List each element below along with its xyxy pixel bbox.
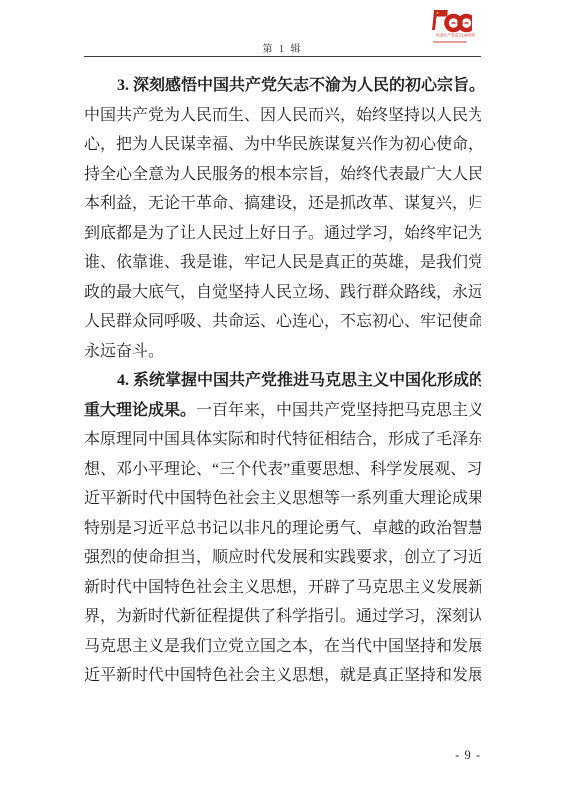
text-line: 谁、依靠谁、我是谁，牢记人民是真正的英雄，是我们党执 [84,248,481,278]
para3-heading-line: 3. 深刻感悟中国共产党矢志不渝为人民的初心宗旨。 [84,71,481,101]
logo-subtext: 中国共产党成立100周年 [436,34,465,38]
text-line: 新时代中国特色社会主义思想，开辟了马克思主义发展新境 [84,573,481,603]
text-line: 特别是习近平总书记以非凡的理论勇气、卓越的政治智慧、 [84,514,481,544]
text-line: 界，为新时代新征程提供了科学指引。通过学习，深刻认识 [84,602,481,632]
text-line: 近平新时代中国特色社会主义思想，就是真正坚持和发展马 [84,661,481,691]
page-number: - 9 - [84,748,481,763]
text-line: 本利益，无论干革命、搞建设，还是抓改革、谋复兴，归根 [84,189,481,219]
document-page: 第 1 辑 中国共产党成立100周年 3. 深刻感悟中国共产党矢志不渝为人民的初… [0,0,565,800]
text-line: 本原理同中国具体实际和时代特征相结合，形成了毛泽东思 [84,425,481,455]
para4-heading-line: 4. 系统掌握中国共产党推进马克思主义中国化形成的 [84,366,481,396]
logo-subtext-line2 [433,41,467,43]
text-line: 人民群众同呼吸、共命运、心连心，不忘初心、牢记使命、 [84,307,481,337]
text-line: 强烈的使命担当，顺应时代发展和实践要求，创立了习近平 [84,543,481,573]
cpc-100-logo: 中国共产党成立100周年 [427,9,473,43]
body-text: 3. 深刻感悟中国共产党矢志不渝为人民的初心宗旨。 中国共产党为人民而生、因人民… [84,71,481,691]
text-line: 马克思主义是我们立党立国之本，在当代中国坚持和发展习 [84,632,481,662]
text-line: 心，把为人民谋幸福、为中华民族谋复兴作为初心使命，坚 [84,130,481,160]
cpc-100-logo-icon [428,9,472,33]
para4-heading-tail: 重大理论成果。 [84,402,196,419]
text-line: 政的最大底气，自觉坚持人民立场、践行群众路线，永远和 [84,278,481,308]
header-edition-label: 第 1 辑 [0,40,565,55]
text-line: 持全心全意为人民服务的根本宗旨，始终代表最广大人民根 [84,160,481,190]
text-line: 想、邓小平理论、“三个代表”重要思想、科学发展观、习 [84,455,481,485]
para4-mixed-line: 重大理论成果。一百年来，中国共产党坚持把马克思主义基 [84,396,481,426]
para3-last-line: 永远奋斗。 [84,337,481,367]
text-line: 到底都是为了让人民过上好日子。通过学习，始终牢记为了 [84,219,481,249]
para4-line2-rest: 一百年来，中国共产党坚持把马克思主义基 [196,402,481,419]
text-line: 中国共产党为人民而生、因人民而兴，始终坚持以人民为中 [84,101,481,131]
header-rule [84,56,481,57]
text-line: 近平新时代中国特色社会主义思想等一系列重大理论成果。 [84,484,481,514]
